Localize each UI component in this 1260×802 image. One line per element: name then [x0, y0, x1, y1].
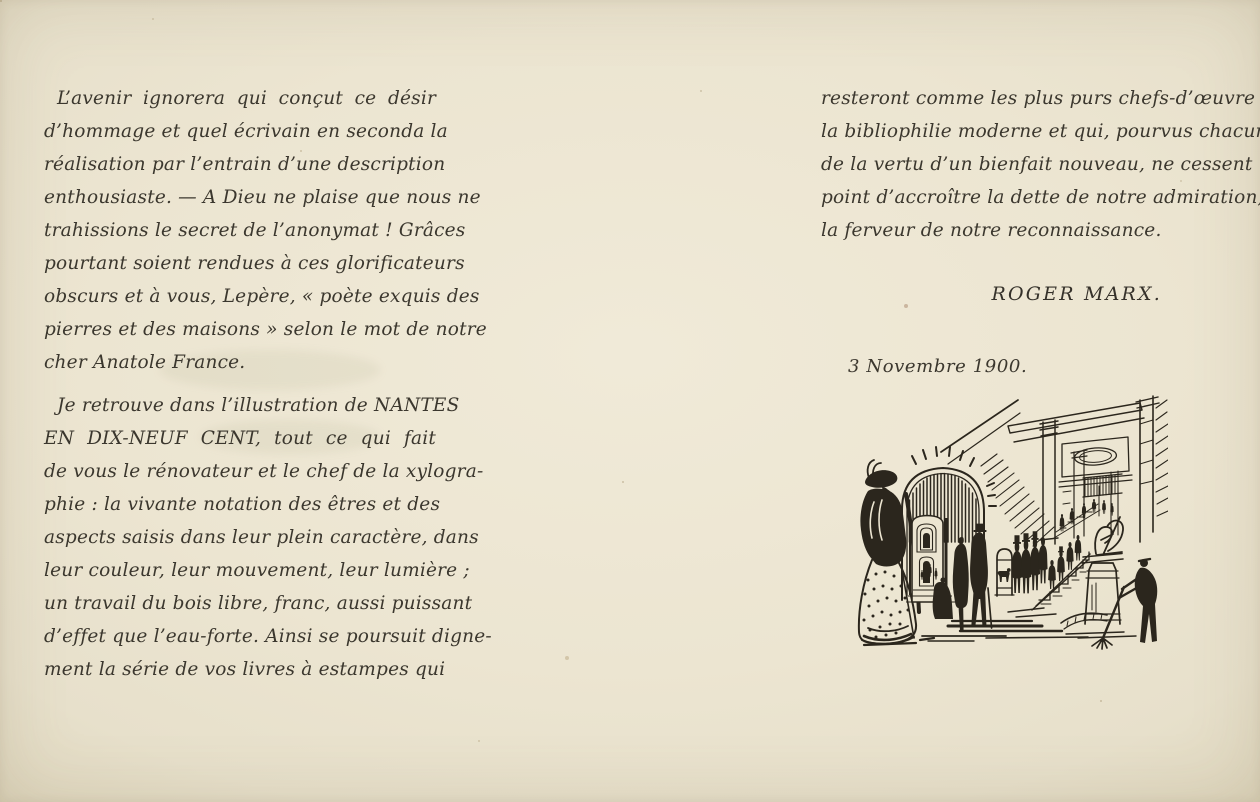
date-line: 3 Novembre 1900.: [848, 355, 1027, 379]
text-line: Je retrouve dans l’illustration de NANTE…: [44, 389, 436, 422]
text-line: la bibliophilie moderne et qui, pourvus …: [821, 115, 1201, 148]
text-line: EN DIX-NEUF CENT, tout ce qui fait: [44, 422, 436, 455]
text-line: resteront comme les plus purs chefs-d’œu…: [821, 82, 1201, 115]
paragraph-3: resteront comme les plus purs chefs-d’œu…: [821, 82, 1201, 247]
text-line: réalisation par l’entrain d’une descript…: [44, 148, 436, 181]
text-line: trahissions le secret de l’anonymat ! Gr…: [44, 214, 436, 247]
text-line: de vous le rénovateur et le chef de la x…: [44, 455, 436, 488]
paragraph-1: L’avenir ignorera qui conçut ce désir d’…: [44, 82, 436, 379]
book-page-spread: L’avenir ignorera qui conçut ce désir d’…: [0, 0, 1260, 802]
text-line: aspects saisis dans leur plein caractère…: [44, 521, 436, 554]
text-line: enthousiaste. — A Dieu ne plaise que nou…: [44, 181, 436, 214]
text-line: L’avenir ignorera qui conçut ce désir: [44, 82, 436, 115]
author-signature: ROGER MARX.: [822, 281, 1162, 307]
text-line: obscurs et à vous, Lepère, « poète exqui…: [44, 280, 436, 313]
paragraph-2: Je retrouve dans l’illustration de NANTE…: [44, 389, 436, 686]
text-line: ment la série de vos livres à estampes q…: [44, 653, 436, 686]
text-line: de la vertu d’un bienfait nouveau, ne ce…: [821, 148, 1201, 181]
woodcut-illustration: [856, 390, 1168, 650]
text-line: un travail du bois libre, franc, aussi p…: [44, 587, 436, 620]
text-line: point d’accroître la dette de notre admi…: [821, 181, 1201, 214]
text-line: leur couleur, leur mouvement, leur lumiè…: [44, 554, 436, 587]
text-line: cher Anatole France.: [44, 346, 436, 379]
text-line: la ferveur de notre reconnaissance.: [821, 214, 1201, 247]
text-line: pourtant soient rendues à ces glorificat…: [44, 247, 436, 280]
text-line: phie : la vivante notation des êtres et …: [44, 488, 436, 521]
text-line: pierres et des maisons » selon le mot de…: [44, 313, 436, 346]
paper-specks: [0, 0, 2, 2]
text-line: d’effet que l’eau-forte. Ainsi se poursu…: [44, 620, 436, 653]
text-line: d’hommage et quel écrivain en seconda la: [44, 115, 436, 148]
